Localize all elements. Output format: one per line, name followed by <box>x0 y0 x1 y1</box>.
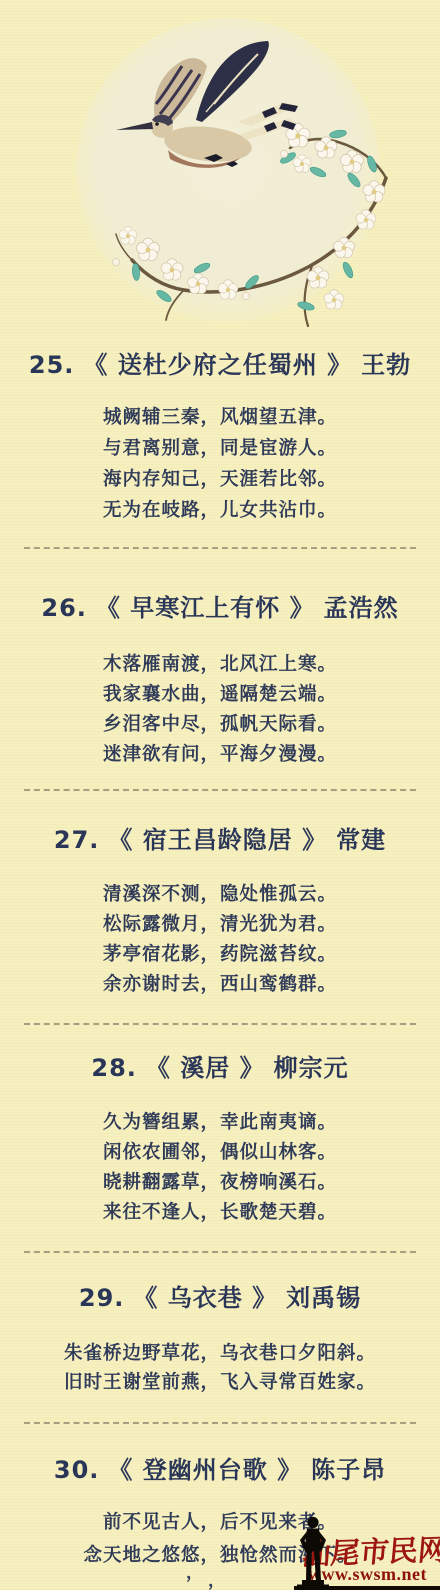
poem-line: 久为簪组累，幸此南夷谪。 <box>0 1108 440 1138</box>
poem-title: 26. 《 早寒江上有怀 》 孟浩然 <box>0 593 440 623</box>
poem-author: 常建 <box>336 825 386 855</box>
poem-number: 26. <box>41 593 87 623</box>
poem-line: 茅亭宿花影，药院滋苔纹。 <box>0 940 440 970</box>
cutoff-text-mark: ， <box>208 1566 225 1590</box>
poem-title-text: 《 宿王昌龄隐居 》 <box>108 825 327 855</box>
poem-body: 朱雀桥边野草花，乌衣巷口夕阳斜。 旧时王谢堂前燕，飞入寻常百姓家。 <box>0 1339 440 1397</box>
poem-line: 余亦谢时去，西山鸾鹤群。 <box>0 970 440 1000</box>
section-divider <box>24 1422 416 1424</box>
poem-title-text: 《 早寒江上有怀 》 <box>96 593 315 623</box>
poem-section-25: 25. 《 送杜少府之任蜀州 》 王勃 城阙辅三秦，风烟望五津。 与君离别意，同… <box>0 350 440 526</box>
poem-title: 29. 《 乌衣巷 》 刘禹锡 <box>0 1283 440 1313</box>
poem-section-27: 27. 《 宿王昌龄隐居 》 常建 清溪深不测，隐处惟孤云。 松际露微月，清光犹… <box>0 825 440 1000</box>
cutoff-text-mark: ， <box>186 1558 203 1583</box>
poem-line: 旧时王谢堂前燕，飞入寻常百姓家。 <box>0 1368 440 1397</box>
site-watermark: 汕尾市民网 www.swsm.net <box>288 1490 440 1590</box>
poem-title: 25. 《 送杜少府之任蜀州 》 王勃 <box>0 350 440 380</box>
poem-section-26: 26. 《 早寒江上有怀 》 孟浩然 木落雁南渡，北风江上寒。 我家襄水曲，遥隔… <box>0 593 440 770</box>
poem-number: 28. <box>91 1053 137 1083</box>
poem-body: 城阙辅三秦，风烟望五津。 与君离别意，同是宦游人。 海内存知己，天涯若比邻。 无… <box>0 402 440 526</box>
poem-author: 孟浩然 <box>324 593 399 623</box>
person-statue-icon <box>294 1516 332 1590</box>
poem-line: 闲依农圃邻，偶似山林客。 <box>0 1138 440 1168</box>
poem-author: 王勃 <box>361 350 411 380</box>
section-divider <box>24 1251 416 1253</box>
poem-body: 久为簪组累，幸此南夷谪。 闲依农圃邻，偶似山林客。 晓耕翻露草，夜榜响溪石。 来… <box>0 1108 440 1228</box>
poem-title-text: 《 登幽州台歌 》 <box>108 1455 302 1485</box>
poem-line: 无为在岐路，儿女共沾巾。 <box>0 495 440 526</box>
poem-section-29: 29. 《 乌衣巷 》 刘禹锡 朱雀桥边野草花，乌衣巷口夕阳斜。 旧时王谢堂前燕… <box>0 1283 440 1397</box>
poem-number: 25. <box>29 350 75 380</box>
section-divider <box>24 789 416 791</box>
poem-line: 城阙辅三秦，风烟望五津。 <box>0 402 440 433</box>
section-divider <box>24 1023 416 1025</box>
bird-and-plum-blossom-illustration <box>0 8 440 343</box>
poem-body: 清溪深不测，隐处惟孤云。 松际露微月，清光犹为君。 茅亭宿花影，药院滋苔纹。 余… <box>0 880 440 1000</box>
poem-section-28: 28. 《 溪居 》 柳宗元 久为簪组累，幸此南夷谪。 闲依农圃邻，偶似山林客。… <box>0 1053 440 1228</box>
poem-line: 海内存知己，天涯若比邻。 <box>0 464 440 495</box>
poem-title-text: 《 溪居 》 <box>146 1053 265 1083</box>
poem-body: 木落雁南渡，北风江上寒。 我家襄水曲，遥隔楚云端。 乡泪客中尽，孤帆天际看。 迷… <box>0 650 440 770</box>
poem-line: 迷津欲有问，平海夕漫漫。 <box>0 740 440 770</box>
poem-number: 29. <box>79 1283 125 1313</box>
poem-line: 晓耕翻露草，夜榜响溪石。 <box>0 1168 440 1198</box>
poem-author: 柳宗元 <box>274 1053 349 1083</box>
poem-line: 与君离别意，同是宦游人。 <box>0 433 440 464</box>
poem-line: 木落雁南渡，北风江上寒。 <box>0 650 440 680</box>
section-divider <box>24 547 416 549</box>
poem-author: 陈子昂 <box>311 1455 386 1485</box>
poem-title: 30. 《 登幽州台歌 》 陈子昂 <box>0 1455 440 1485</box>
poem-line: 清溪深不测，隐处惟孤云。 <box>0 880 440 910</box>
poem-author: 刘禹锡 <box>286 1283 361 1313</box>
poem-number: 30. <box>54 1455 100 1485</box>
poem-line: 松际露微月，清光犹为君。 <box>0 910 440 940</box>
poem-title: 28. 《 溪居 》 柳宗元 <box>0 1053 440 1083</box>
poem-line: 来往不逢人，长歌楚天碧。 <box>0 1198 440 1228</box>
poem-line: 朱雀桥边野草花，乌衣巷口夕阳斜。 <box>0 1339 440 1368</box>
poem-number: 27. <box>54 825 100 855</box>
poem-line: 我家襄水曲，遥隔楚云端。 <box>0 680 440 710</box>
poem-line: 乡泪客中尽，孤帆天际看。 <box>0 710 440 740</box>
poem-title-text: 《 送杜少府之任蜀州 》 <box>83 350 352 380</box>
poem-title-text: 《 乌衣巷 》 <box>133 1283 277 1313</box>
poem-title: 27. 《 宿王昌龄隐居 》 常建 <box>0 825 440 855</box>
